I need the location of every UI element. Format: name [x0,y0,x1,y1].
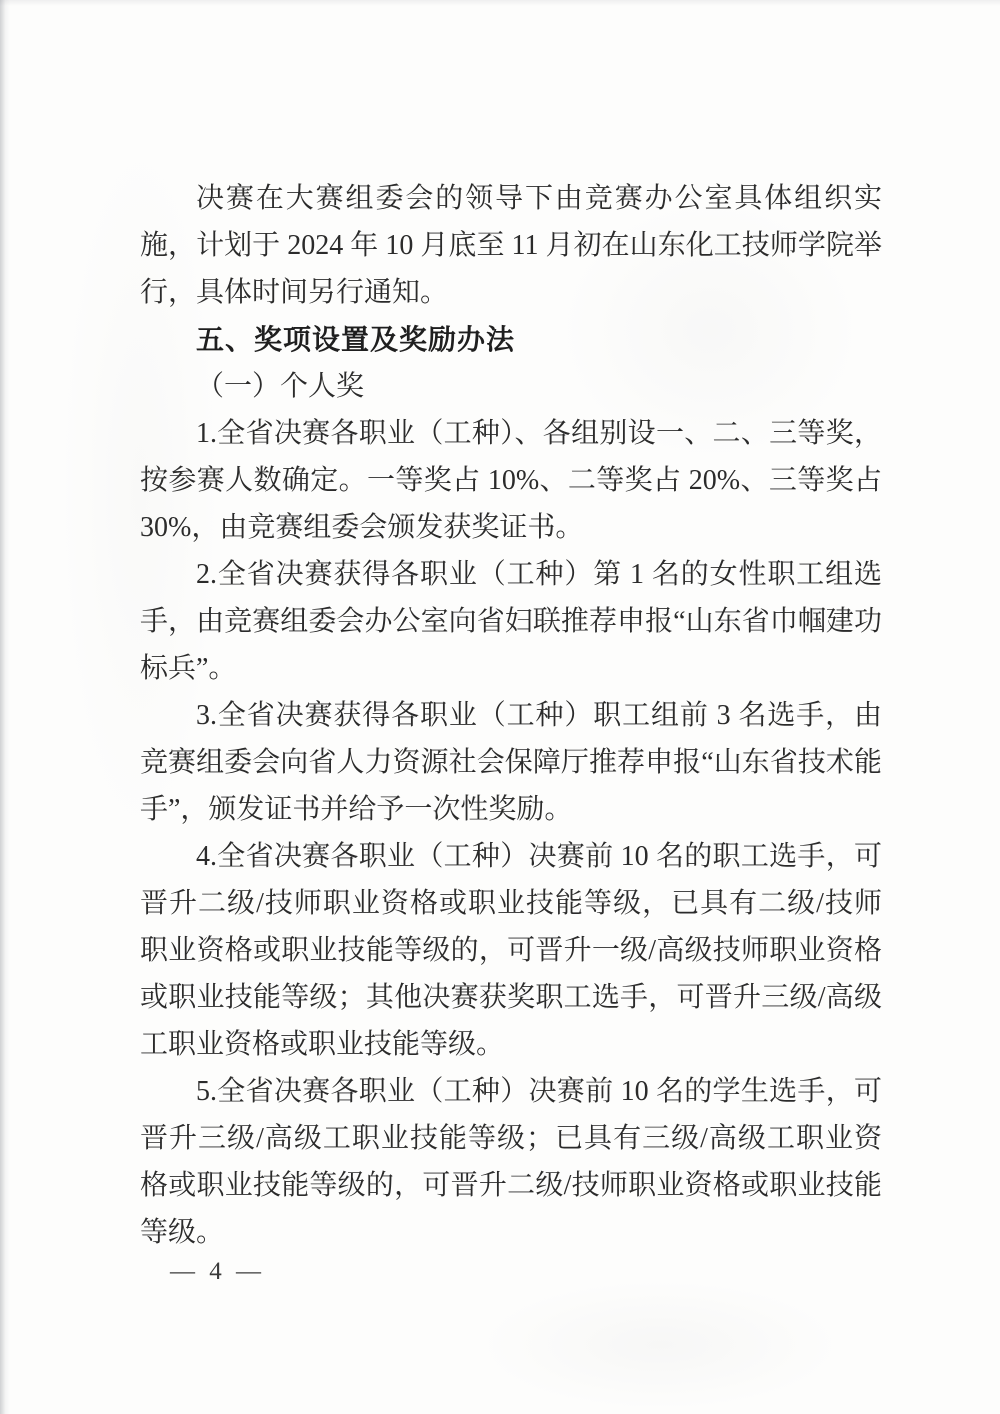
page-number: — 4 — [170,1258,265,1286]
scan-smudge [480,1280,840,1410]
section-heading-awards: 五、奖项设置及奖励办法 [140,316,882,363]
scan-edge-shadow-left [0,0,10,1414]
subsection-heading-individual-awards: （一）个人奖 [140,363,882,410]
document-body: 决赛在大赛组委会的领导下由竞赛办公室具体组织实施，计划于 2024 年 10 月… [140,175,882,1256]
award-item-2: 2.全省决赛获得各职业（工种）第 1 名的女性职工组选手，由竞赛组委会办公室向省… [140,551,882,692]
document-page: 决赛在大赛组委会的领导下由竞赛办公室具体组织实施，计划于 2024 年 10 月… [0,0,1000,1414]
scan-edge-shadow-top [0,0,1000,6]
award-item-1: 1.全省决赛各职业（工种）、各组别设一、二、三等奖，按参赛人数确定。一等奖占 1… [140,410,882,551]
award-item-4: 4.全省决赛各职业（工种）决赛前 10 名的职工选手，可晋升二级/技师职业资格或… [140,833,882,1068]
award-item-5: 5.全省决赛各职业（工种）决赛前 10 名的学生选手，可晋升三级/高级工职业技能… [140,1068,882,1256]
paragraph-finals-schedule: 决赛在大赛组委会的领导下由竞赛办公室具体组织实施，计划于 2024 年 10 月… [140,175,882,316]
award-item-3: 3.全省决赛获得各职业（工种）职工组前 3 名选手，由竞赛组委会向省人力资源社会… [140,692,882,833]
